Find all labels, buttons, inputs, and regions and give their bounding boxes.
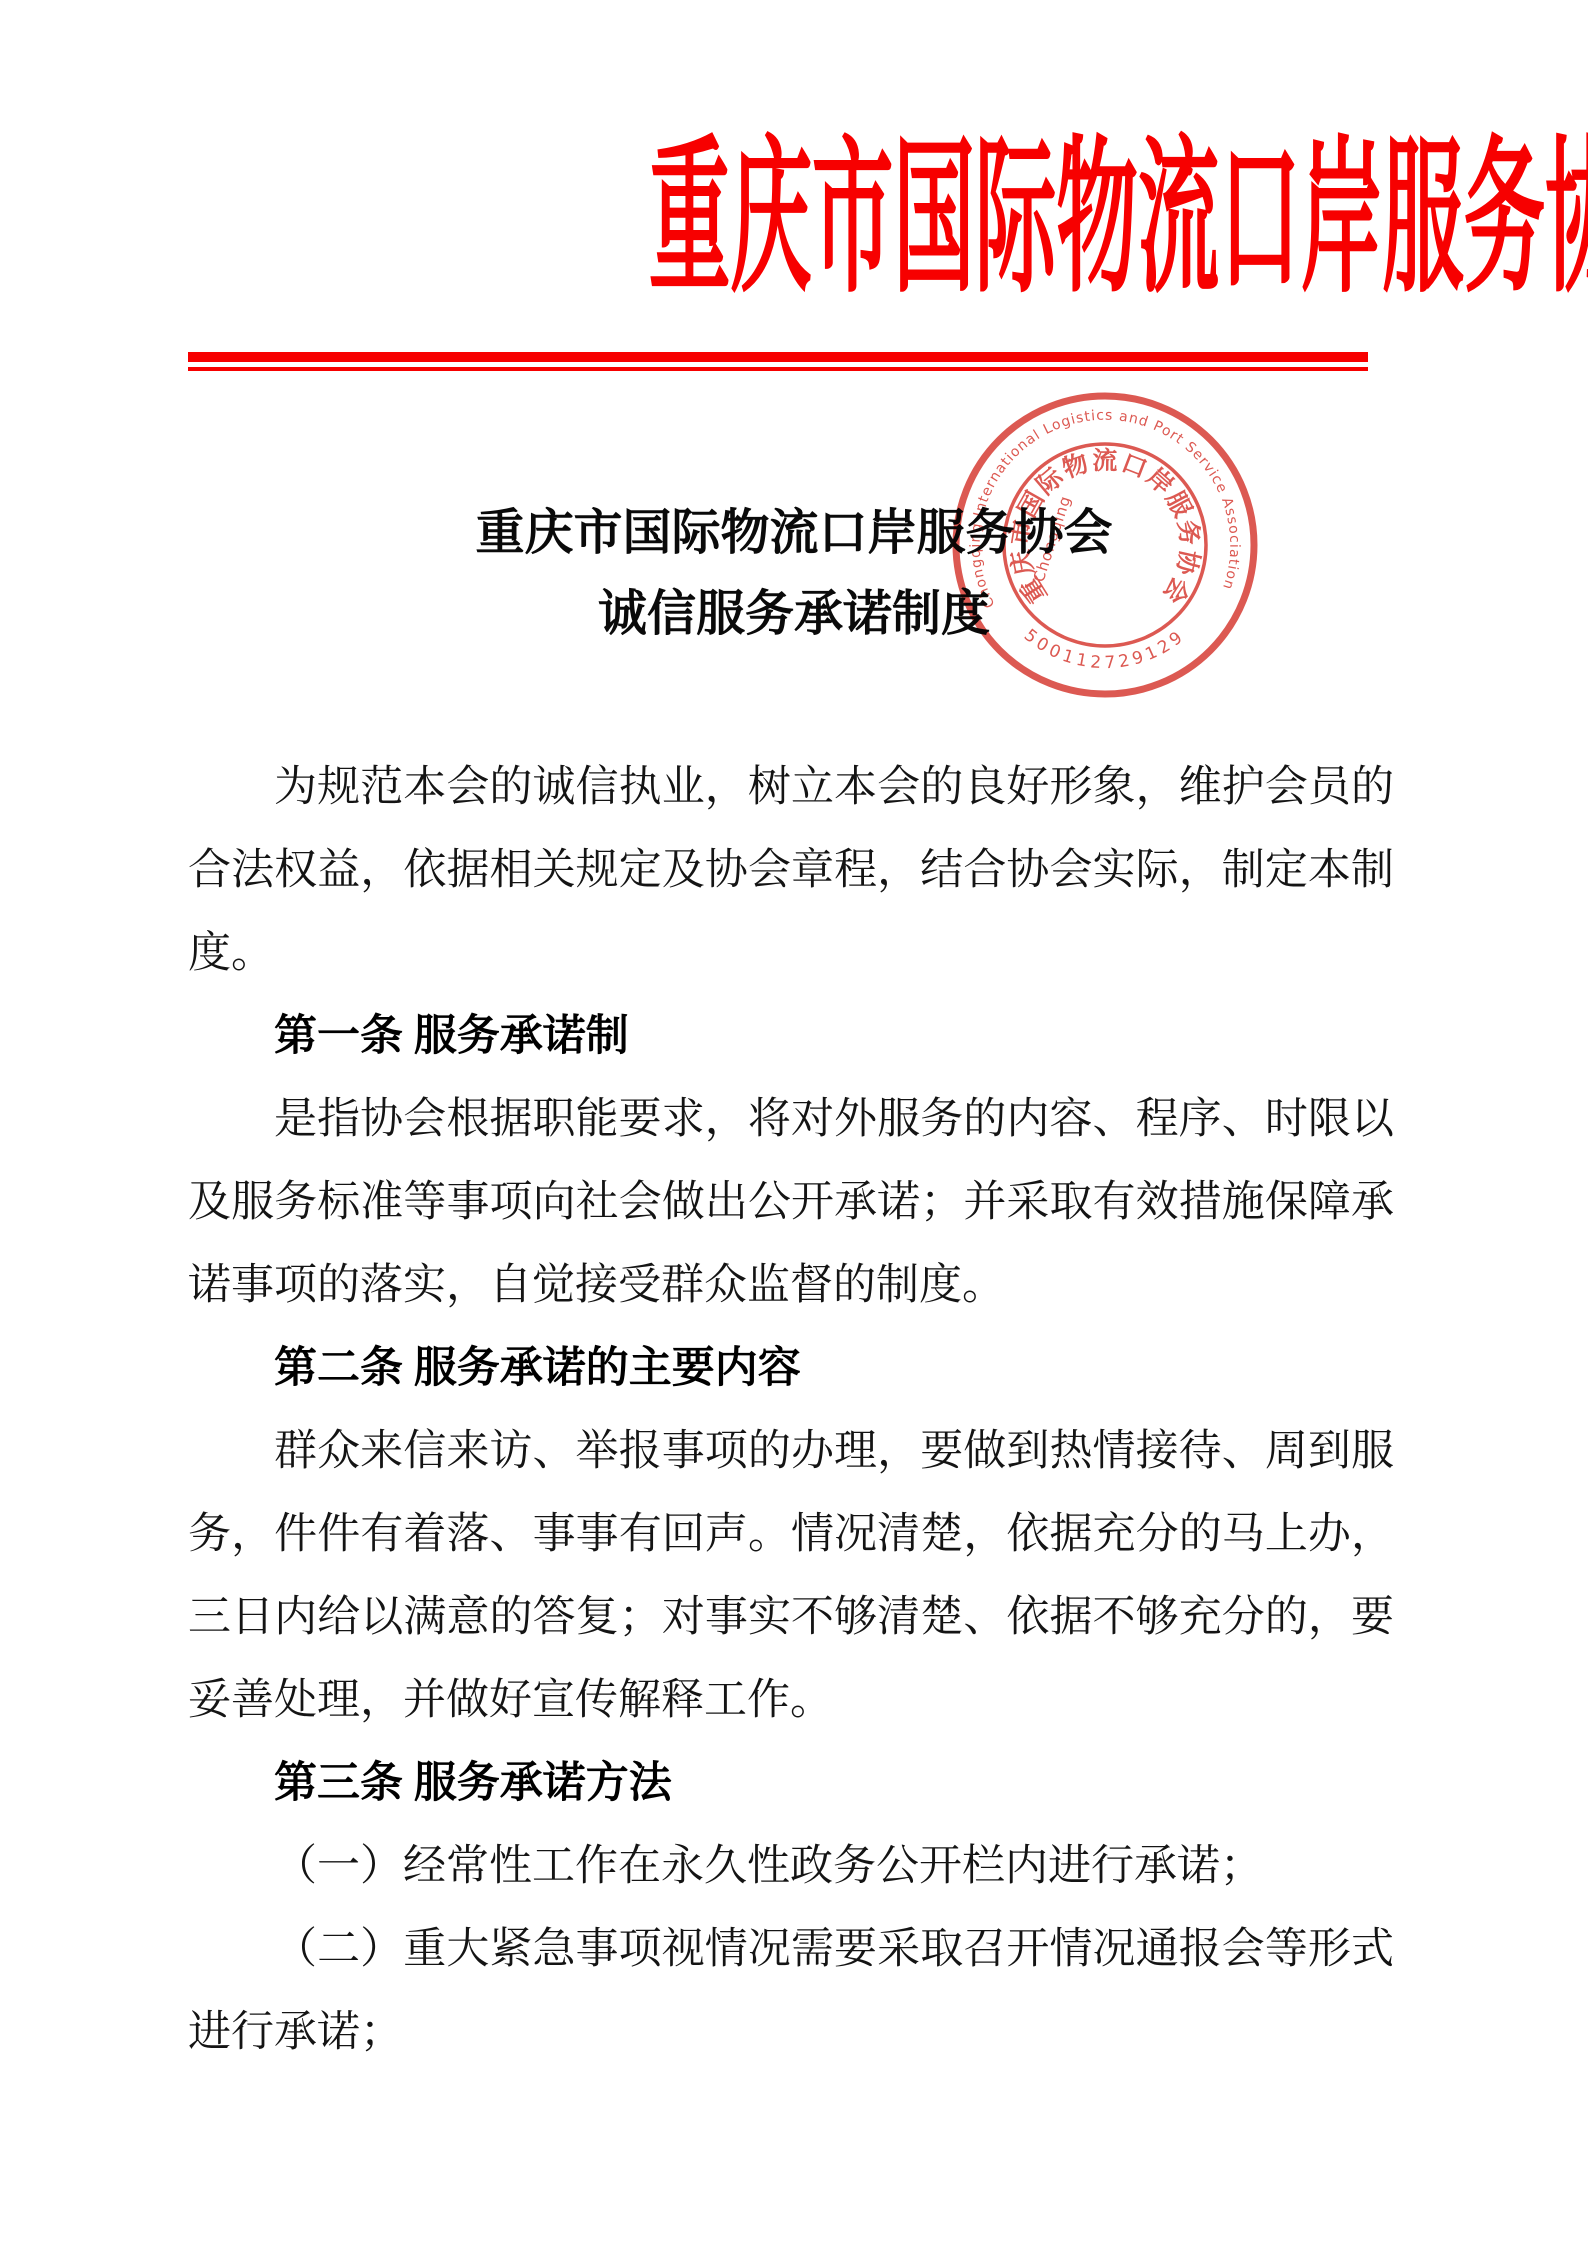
article-1-heading: 第一条 服务承诺制 — [188, 995, 1394, 1078]
article-3-heading: 第三条 服务承诺方法 — [188, 1742, 1394, 1825]
article-3-item-2: （二）重大紧急事项视情况需要采取召开情况通报会等形式进行承诺； — [188, 1908, 1394, 2074]
red-separator-thin — [188, 367, 1368, 371]
body-paragraph-intro: 为规范本会的诚信执业，树立本会的良好形象，维护会员的合法权益，依据相关规定及协会… — [188, 746, 1394, 995]
document-title: 重庆市国际物流口岸服务协会 诚信服务承诺制度 — [0, 492, 1588, 654]
article-1-paragraph: 是指协会根据职能要求，将对外服务的内容、程序、时限以及服务标准等事项向社会做出公… — [188, 1078, 1394, 1327]
masthead-title: 重庆市国际物流口岸服务协会文件 — [649, 118, 1588, 323]
masthead: 重庆市国际物流口岸服务协会文件 — [0, 118, 1588, 323]
body-text: 为规范本会的诚信执业，树立本会的良好形象，维护会员的合法权益，依据相关规定及协会… — [188, 746, 1394, 2074]
document-page: 重庆市国际物流口岸服务协会文件 重庆市国际物流口岸服务协会 诚信服务承诺制度 C… — [0, 0, 1588, 2245]
doc-title-line2: 诚信服务承诺制度 — [0, 573, 1588, 654]
article-2-paragraph: 群众来信来访、举报事项的办理，要做到热情接待、周到服务，件件有着落、事事有回声。… — [188, 1410, 1394, 1742]
article-3-item-1: （一）经常性工作在永久性政务公开栏内进行承诺； — [188, 1825, 1394, 1908]
red-separator-thick — [188, 352, 1368, 362]
doc-title-line1: 重庆市国际物流口岸服务协会 — [0, 492, 1588, 573]
article-2-heading: 第二条 服务承诺的主要内容 — [188, 1327, 1394, 1410]
